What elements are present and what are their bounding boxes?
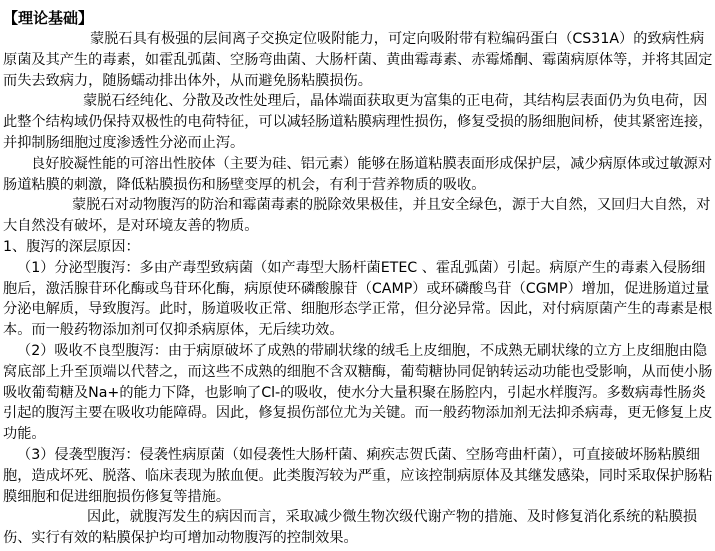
document-body: 蒙脱石具有极强的层间离子交换定位吸附能力，可定向吸附带有粒编码蛋白（CS31A）…	[3, 29, 713, 549]
paragraph: 蒙脱石经纯化、分散及改性处理后，晶体端面获取更为富集的正电荷，其结构层表面仍为负…	[3, 91, 713, 153]
paragraph: 蒙脱石对动物腹泻的防治和霉菌毒素的脱除效果极佳，并且安全绿色，源于大自然，又回归…	[3, 195, 713, 237]
paragraph: （3）侵袭型腹泻：侵袭性病原菌（如侵袭性大肠杆菌、痢疾志贺氏菌、空肠弯曲杆菌），…	[3, 445, 713, 507]
document-page: 【理论基础】 蒙脱石具有极强的层间离子交换定位吸附能力，可定向吸附带有粒编码蛋白…	[0, 0, 715, 551]
paragraph: 因此，就腹泻发生的病因而言，采取减少微生物次级代谢产物的措施、及时修复消化系统的…	[3, 507, 713, 549]
paragraph: 蒙脱石具有极强的层间离子交换定位吸附能力，可定向吸附带有粒编码蛋白（CS31A）…	[3, 29, 713, 91]
paragraph: 良好胶凝性能的可溶出性胶体（主要为硅、铝元素）能够在肠道粘膜表面形成保护层，减少…	[3, 154, 713, 196]
paragraph: （1）分泌型腹泻：多由产毒型致病菌（如产毒型大肠杆菌ETEC 、霍乱弧菌）引起。…	[3, 258, 713, 341]
section-title: 【理论基础】	[3, 8, 713, 29]
paragraph: 1、腹泻的深层原因：	[3, 237, 713, 258]
paragraph: （2）吸收不良型腹泻：由于病原破坏了成熟的带刷状缘的绒毛上皮细胞，不成熟无刷状缘…	[3, 341, 713, 445]
